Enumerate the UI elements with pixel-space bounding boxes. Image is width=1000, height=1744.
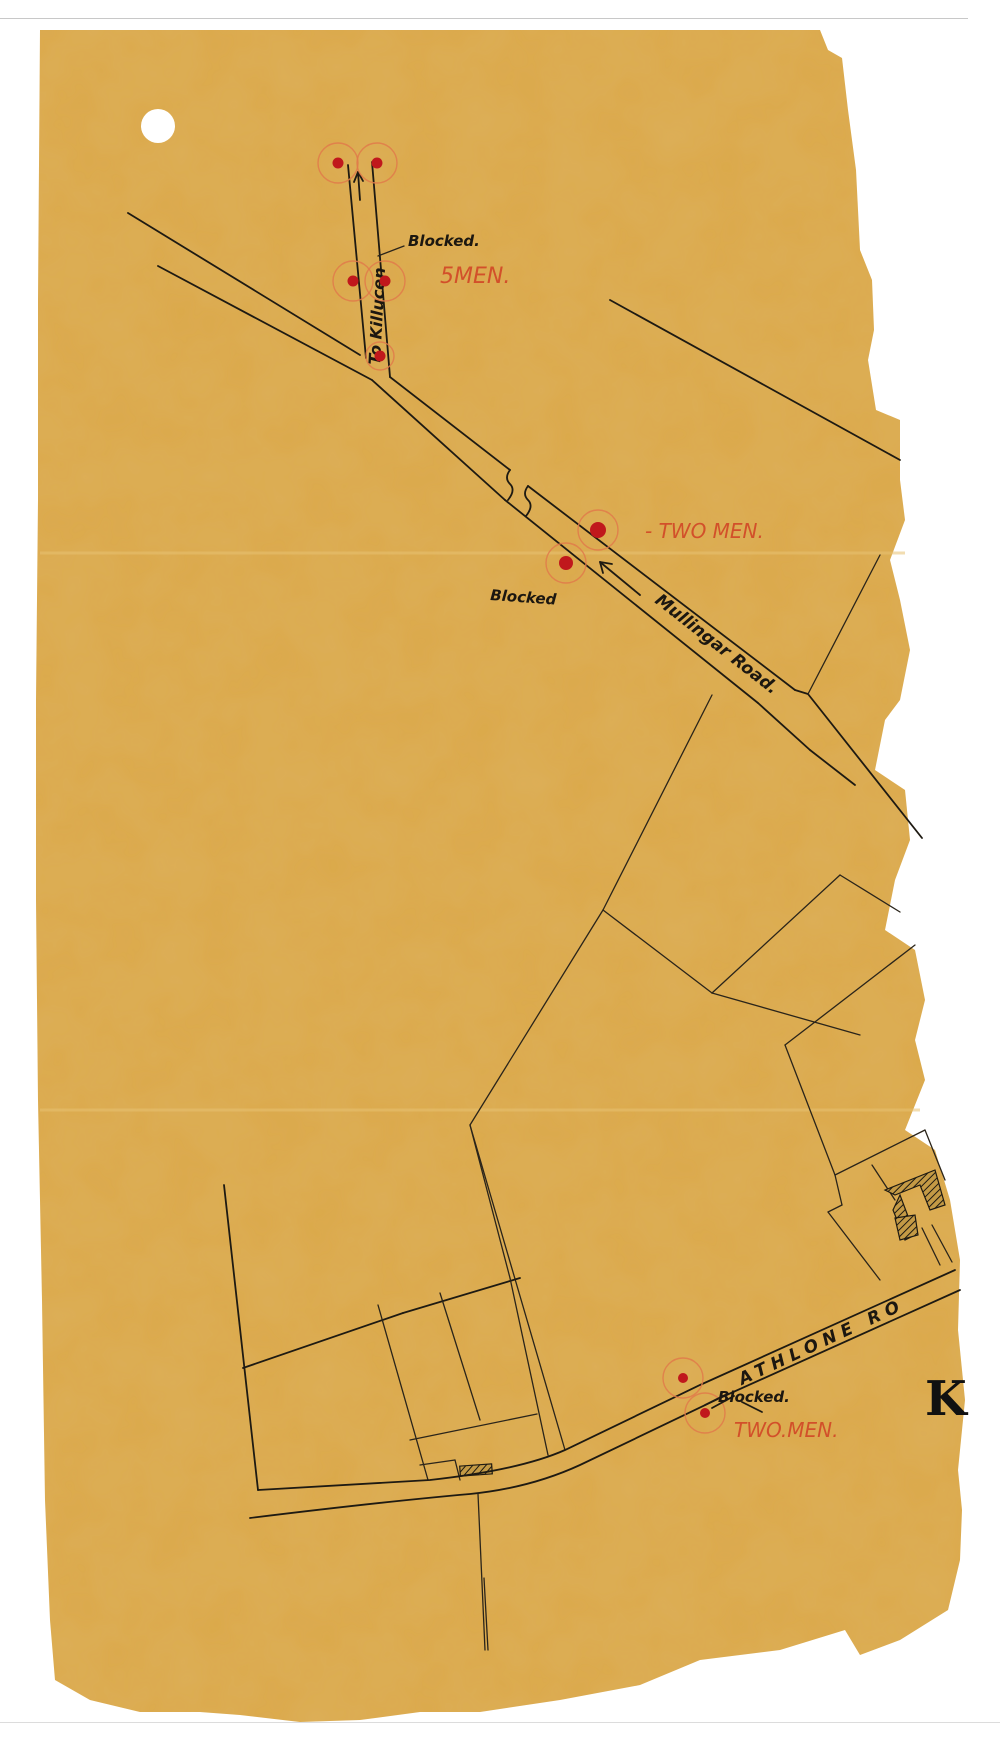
marker-dot [380,276,391,287]
marker-dot [590,522,606,538]
marker-dot [678,1373,688,1383]
marker-dot [372,158,383,169]
mullingar-men-label: - TWO MEN. [645,519,764,543]
killucan-men-label: 5MEN. [440,264,510,289]
edge-printed-letter: K [925,1371,969,1427]
marker-dot [375,351,386,362]
killucan-blocked-label: Blocked. [408,232,480,250]
sketch-map: Mullingar Road. To Killucen Blocked. 5ME… [0,0,1000,1744]
athlone-men-label: TWO.MEN. [734,1418,839,1442]
marker-dot [348,276,359,287]
marker-dot [700,1408,710,1418]
marker-dot [559,556,573,570]
punch-hole [141,109,175,143]
athlone-blocked-label: Blocked. [718,1388,790,1406]
marker-dot [333,158,344,169]
